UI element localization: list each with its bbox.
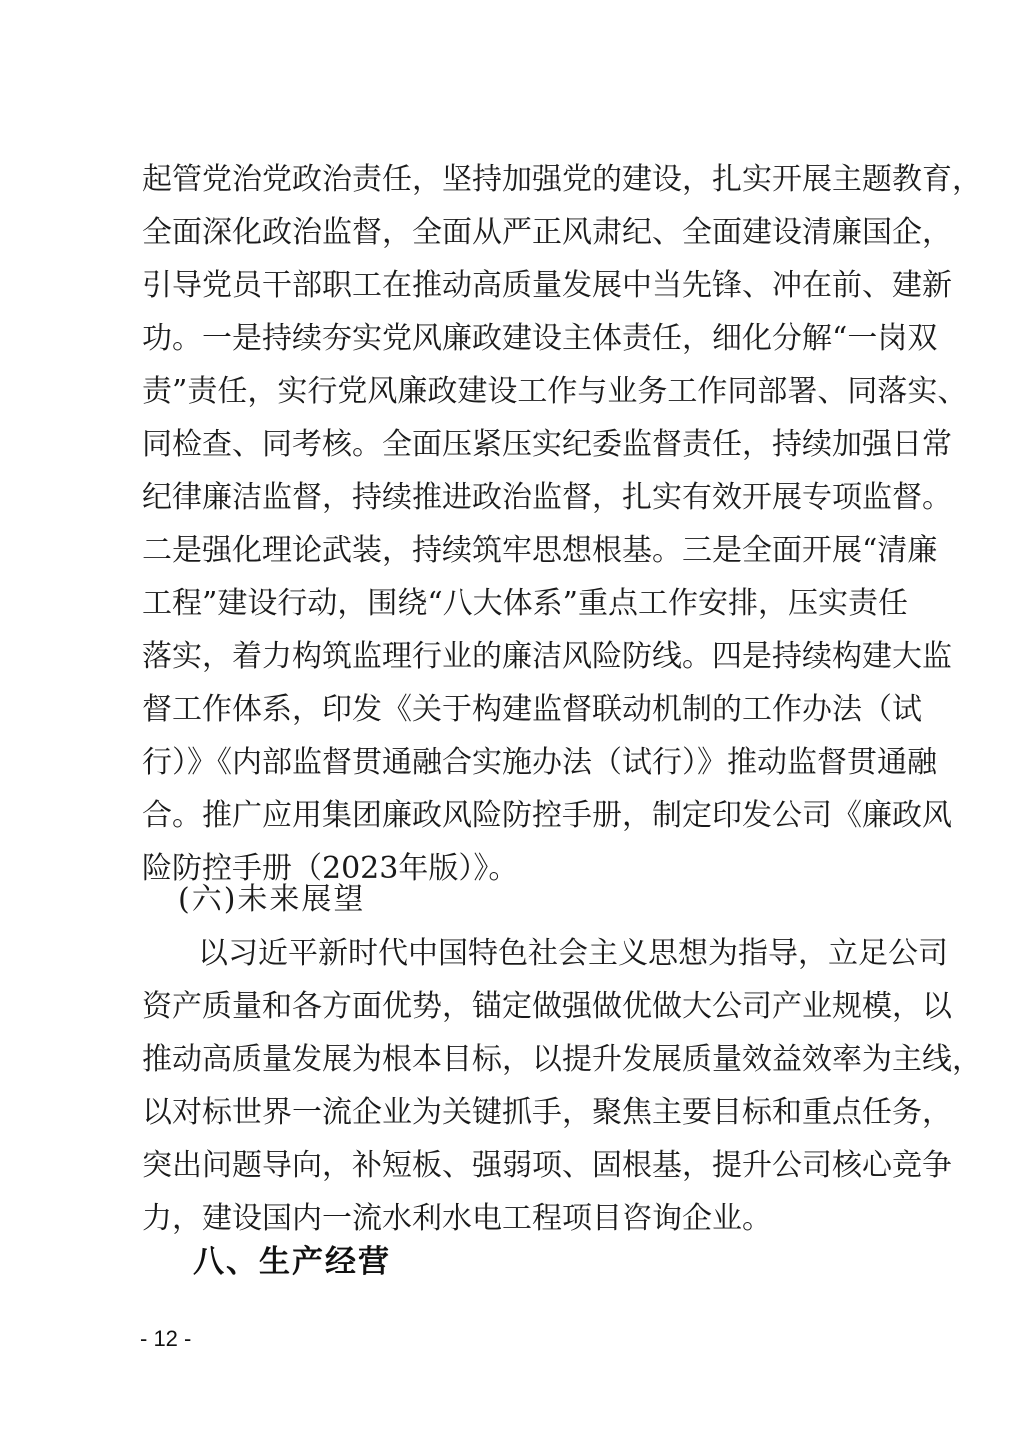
body-text-line: 二是强化理论武装，持续筑牢思想根基。三是全面开展“清廉 <box>142 531 884 571</box>
body-text-line: 推动高质量发展为根本目标，以提升发展质量效益效率为主线， <box>142 1040 902 1080</box>
body-text-line: 合。推广应用集团廉政风险防控手册，制定印发公司《廉政风 <box>142 796 884 836</box>
body-text-line: 起管党治党政治责任，坚持加强党的建设，扎实开展主题教育， <box>142 160 902 200</box>
body-text-line: 资产质量和各方面优势，锚定做强做优做大公司产业规模，以 <box>142 987 884 1027</box>
document-page: 起管党治党政治责任，坚持加强党的建设，扎实开展主题教育， 全面深化政治监督，全面… <box>0 0 1024 1448</box>
body-text-line: 力，建设国内一流水利水电工程项目咨询企业。 <box>142 1199 884 1239</box>
subheading-future-outlook: (六)未来展望 <box>178 880 365 920</box>
body-text-line: 落实，着力构筑监理行业的廉洁风险防线。四是持续构建大监 <box>142 637 884 677</box>
body-text-line: 功。一是持续夯实党风廉政建设主体责任，细化分解“一岗双 <box>142 319 884 359</box>
body-text-line: 以对标世界一流企业为关键抓手，聚焦主要目标和重点任务， <box>142 1093 884 1133</box>
body-text-line: 以习近平新时代中国特色社会主义思想为指导，立足公司 <box>198 934 884 974</box>
body-text-line: 突出问题导向，补短板、强弱项、固根基，提升公司核心竞争 <box>142 1146 884 1186</box>
body-text-line: 工程”建设行动，围绕“八大体系”重点工作安排，压实责任 <box>142 584 884 624</box>
body-text-line: 同检查、同考核。全面压紧压实纪委监督责任，持续加强日常 <box>142 425 884 465</box>
body-text-line: 督工作体系，印发《关于构建监督联动机制的工作办法（试 <box>142 690 884 730</box>
body-text-line: 全面深化政治监督，全面从严正风肃纪、全面建设清廉国企， <box>142 213 884 253</box>
body-text-line: 责”责任，实行党风廉政建设工作与业务工作同部署、同落实、 <box>142 372 902 412</box>
body-text-line: 纪律廉洁监督，持续推进政治监督，扎实有效开展专项监督。 <box>142 478 884 518</box>
section-heading-production-operations: 八、生产经营 <box>193 1240 391 1284</box>
page-number: - 12 - <box>140 1326 191 1352</box>
body-text-line: 引导党员干部职工在推动高质量发展中当先锋、冲在前、建新 <box>142 266 884 306</box>
body-text-line: 行）》《内部监督贯通融合实施办法（试行）》推动监督贯通融 <box>142 743 884 783</box>
